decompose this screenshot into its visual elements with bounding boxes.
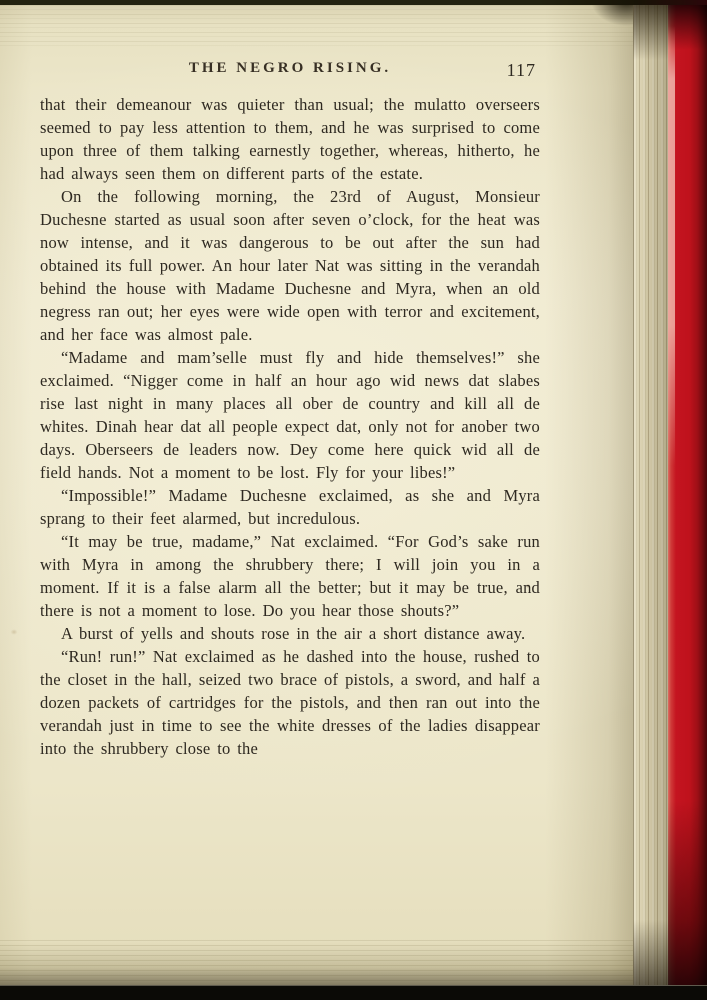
page-number: 117	[507, 60, 536, 81]
running-title: THE NEGRO RISING.	[40, 60, 540, 77]
page-bottom-edge-striations	[0, 940, 634, 986]
scan-border-top	[0, 0, 707, 5]
body-paragraph: that their demeanour was quieter than us…	[40, 93, 540, 185]
text-block: THE NEGRO RISING. 117 that their demeano…	[40, 60, 540, 760]
scanned-book-photo: THE NEGRO RISING. 117 that their demeano…	[0, 0, 707, 1000]
book-cover	[668, 0, 707, 1000]
scan-border-bottom	[0, 985, 707, 1000]
body-paragraph: A burst of yells and shouts rose in the …	[40, 622, 540, 645]
cover-edge-highlight	[668, 26, 675, 466]
fore-edge-page-stack	[633, 0, 668, 1000]
body-paragraph: “Run! run!” Nat exclaimed as he dashed i…	[40, 645, 540, 760]
body-paragraph: “Impossible!” Madame Duchesne exclaimed,…	[40, 484, 540, 530]
page-header: THE NEGRO RISING. 117	[40, 60, 540, 82]
page-top-edge-striations	[0, 5, 634, 47]
body-paragraph: “It may be true, madame,” Nat exclaimed.…	[40, 530, 540, 622]
book-page: THE NEGRO RISING. 117 that their demeano…	[0, 0, 634, 1000]
body-paragraph: On the following morning, the 23rd of Au…	[40, 185, 540, 346]
body-paragraph: “Madame and mam’selle must fly and hide …	[40, 346, 540, 484]
